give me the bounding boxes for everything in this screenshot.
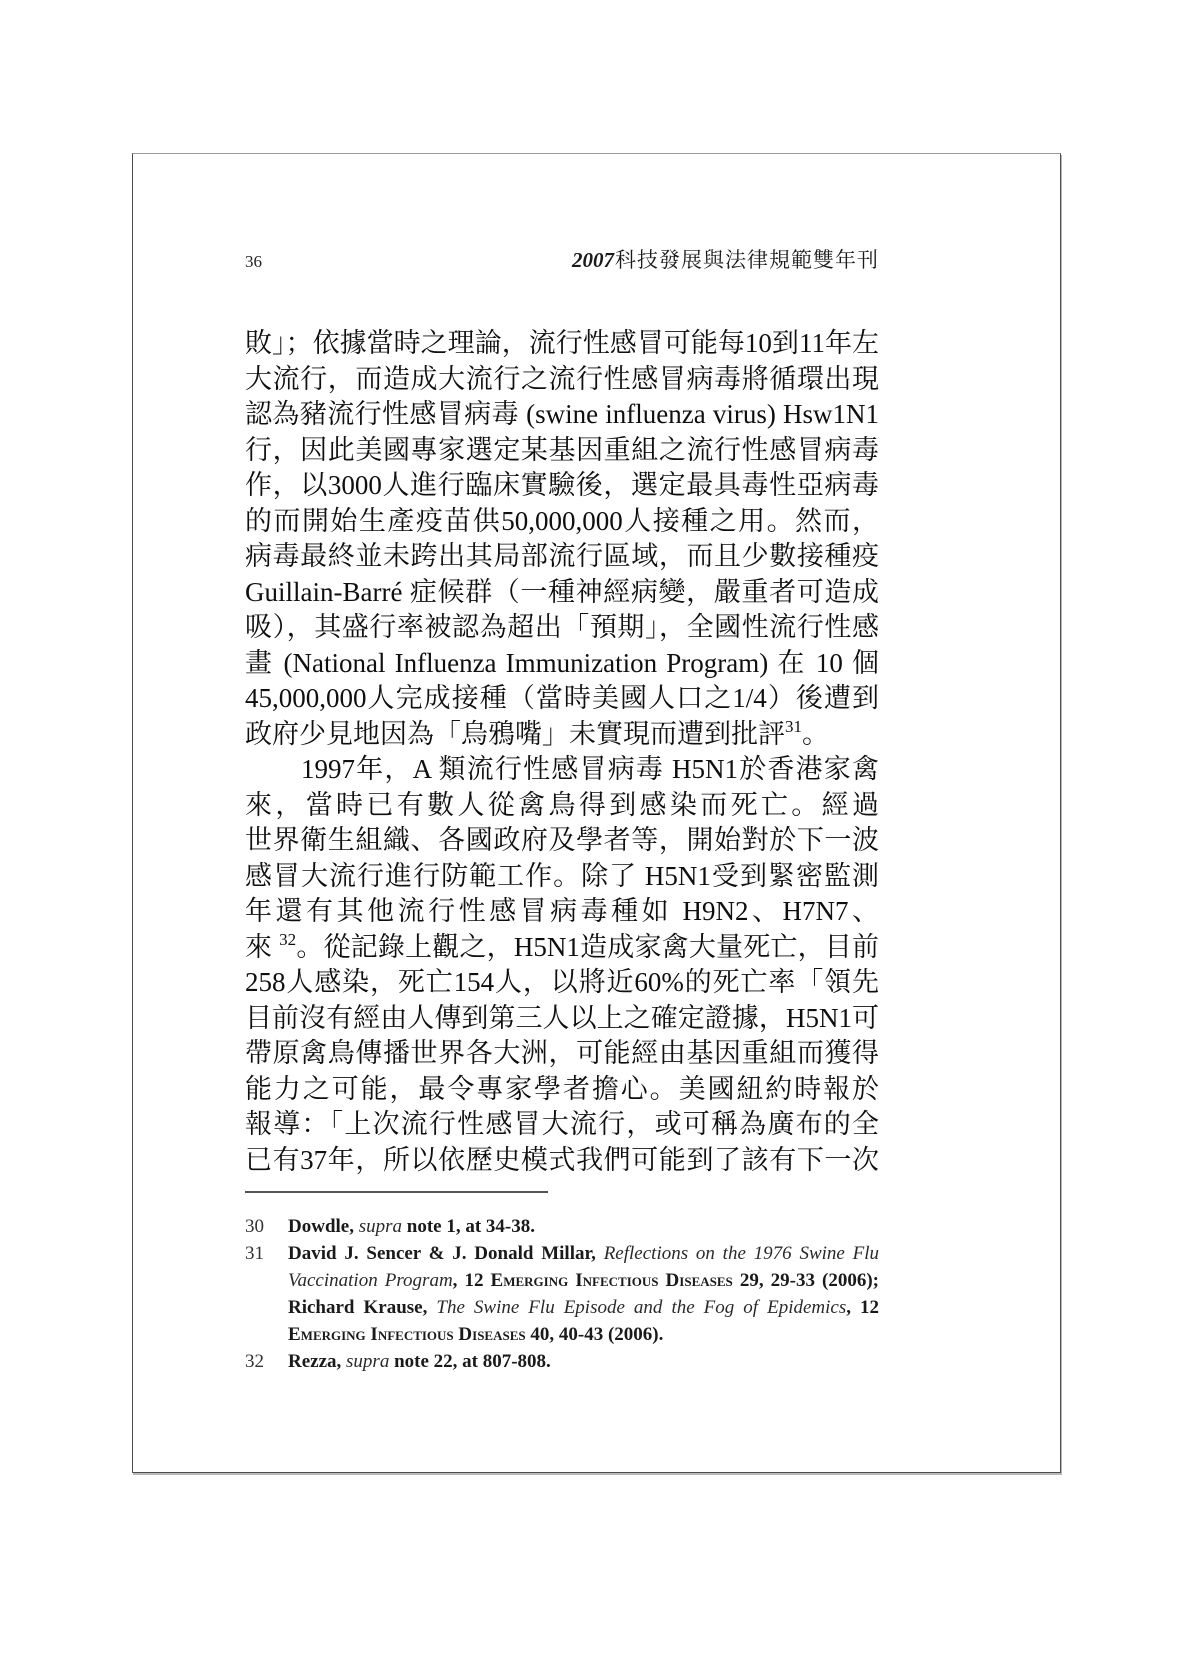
body-line: 帶原禽鳥傳播世界各大洲，可能經由基因重組而獲得在人類間傳播 <box>245 1036 879 1072</box>
page-header: 36 2007科技發展與法律規範雙年刊 <box>245 244 879 274</box>
footnote: 32Rezza, supra note 22, at 807-808. <box>245 1348 879 1375</box>
body-line: 年還有其他流行性感冒病毒種如 H9N2、H7N7、H7N3等被分離出 <box>245 894 879 930</box>
footnote-number: 30 <box>245 1213 288 1240</box>
body-line: 258人感染，死亡154人，以將近60%的死亡率「領先群倫」；雖然 <box>245 965 879 1001</box>
footnote-text: Dowdle, supra note 1, at 34-38. <box>288 1213 879 1240</box>
body-line: 吸），其盛行率被認為超出「預期」，全國性流行性感冒免疫計 <box>245 610 879 646</box>
body-line: 目前沒有經由人傳到第三人以上之確定證據，H5N1可能隨著其他 <box>245 1001 879 1037</box>
page: 36 2007科技發展與法律規範雙年刊 敗」；依據當時之理論，流行性感冒可能每1… <box>132 153 1061 1473</box>
footnote: 30Dowdle, supra note 1, at 34-38. <box>245 1213 879 1240</box>
body-line: 45,000,000人完成接種（當時美國人口之1/4）後遭到廢止，而美國 <box>245 681 879 717</box>
body-line: 敗」；依據當時之理論，流行性感冒可能每10到11年左右將有一次 <box>245 326 879 362</box>
footnote-reference: 31 <box>785 717 802 736</box>
body-line: 的而開始生產疫苗供50,000,000人接種之用。然而，豬流行性感冒 <box>245 504 879 540</box>
footnote: 31David J. Sencer & J. Donald Millar, Re… <box>245 1240 879 1348</box>
body-line: 來，當時已有數人從禽鳥得到感染而死亡。經過 SARS 洗禮之後， <box>245 788 879 824</box>
body-line: 政府少見地因為「烏鴉嘴」未實現而遭到批評31。 <box>245 717 879 753</box>
footnotes: 30Dowdle, supra note 1, at 34-38.31David… <box>245 1213 879 1375</box>
body-line: 大流行，而造成大流行之流行性感冒病毒將循環出現30，當時專家 <box>245 362 879 398</box>
footnote-number: 31 <box>245 1240 288 1267</box>
footnote-text: David J. Sencer & J. Donald Millar, Refl… <box>288 1240 879 1348</box>
body-line: 病毒最終並未跨出其局部流行區域，而且少數接種疫苗之人出現 <box>245 539 879 575</box>
body-line: 作，以3000人進行臨床實驗後，選定最具毒性亞病毒株做為免疫標 <box>245 468 879 504</box>
body-line: 報導：「上次流行性感冒大流行，或可稱為廣布的全球流行，至今 <box>245 1107 879 1143</box>
footnote-number: 32 <box>245 1348 288 1375</box>
footnote-reference: 32 <box>279 930 296 949</box>
journal-name: 科技發展與法律規範雙年刊 <box>615 248 879 272</box>
body-line: 已有37年，所以依歷史模式我們可能到了該有下一次的時候了。」 <box>245 1143 879 1179</box>
body-line: Guillain-Barré 症候群（一種神經病變，嚴重者可造成無法自主呼 <box>245 575 879 611</box>
journal-title: 2007科技發展與法律規範雙年刊 <box>572 244 879 274</box>
body-line: 來 32。從記錄上觀之，H5N1造成家禽大量死亡，目前已確認診斷 <box>245 930 879 966</box>
page-number: 36 <box>245 252 262 272</box>
body-line: 認為豬流行性感冒病毒 (swine influenza virus) Hsw1N… <box>245 397 879 433</box>
footnote-separator <box>245 1191 548 1193</box>
body-text: 敗」；依據當時之理論，流行性感冒可能每10到11年左右將有一次大流行，而造成大流… <box>245 326 879 1178</box>
body-line: 1997年，A 類流行性感冒病毒 H5N1於香港家禽農場中分離出 <box>245 752 879 788</box>
journal-year: 2007 <box>572 248 614 272</box>
body-line: 行，因此美國專家選定某基因重組之流行性感冒病毒株進行疫苗製 <box>245 433 879 469</box>
footnote-text: Rezza, supra note 22, at 807-808. <box>288 1348 879 1375</box>
body-line: 世界衛生組織、各國政府及學者等，開始對於下一波可能的流行性 <box>245 823 879 859</box>
body-line: 畫 (National Influenza Immunization Progr… <box>245 646 879 682</box>
body-line: 能力之可能，最令專家學者擔心。美國紐約時報於2005年1月17日 <box>245 1072 879 1108</box>
body-line: 感冒大流行進行防範工作。除了 H5N1受到緊密監測外，截至2004 <box>245 859 879 895</box>
